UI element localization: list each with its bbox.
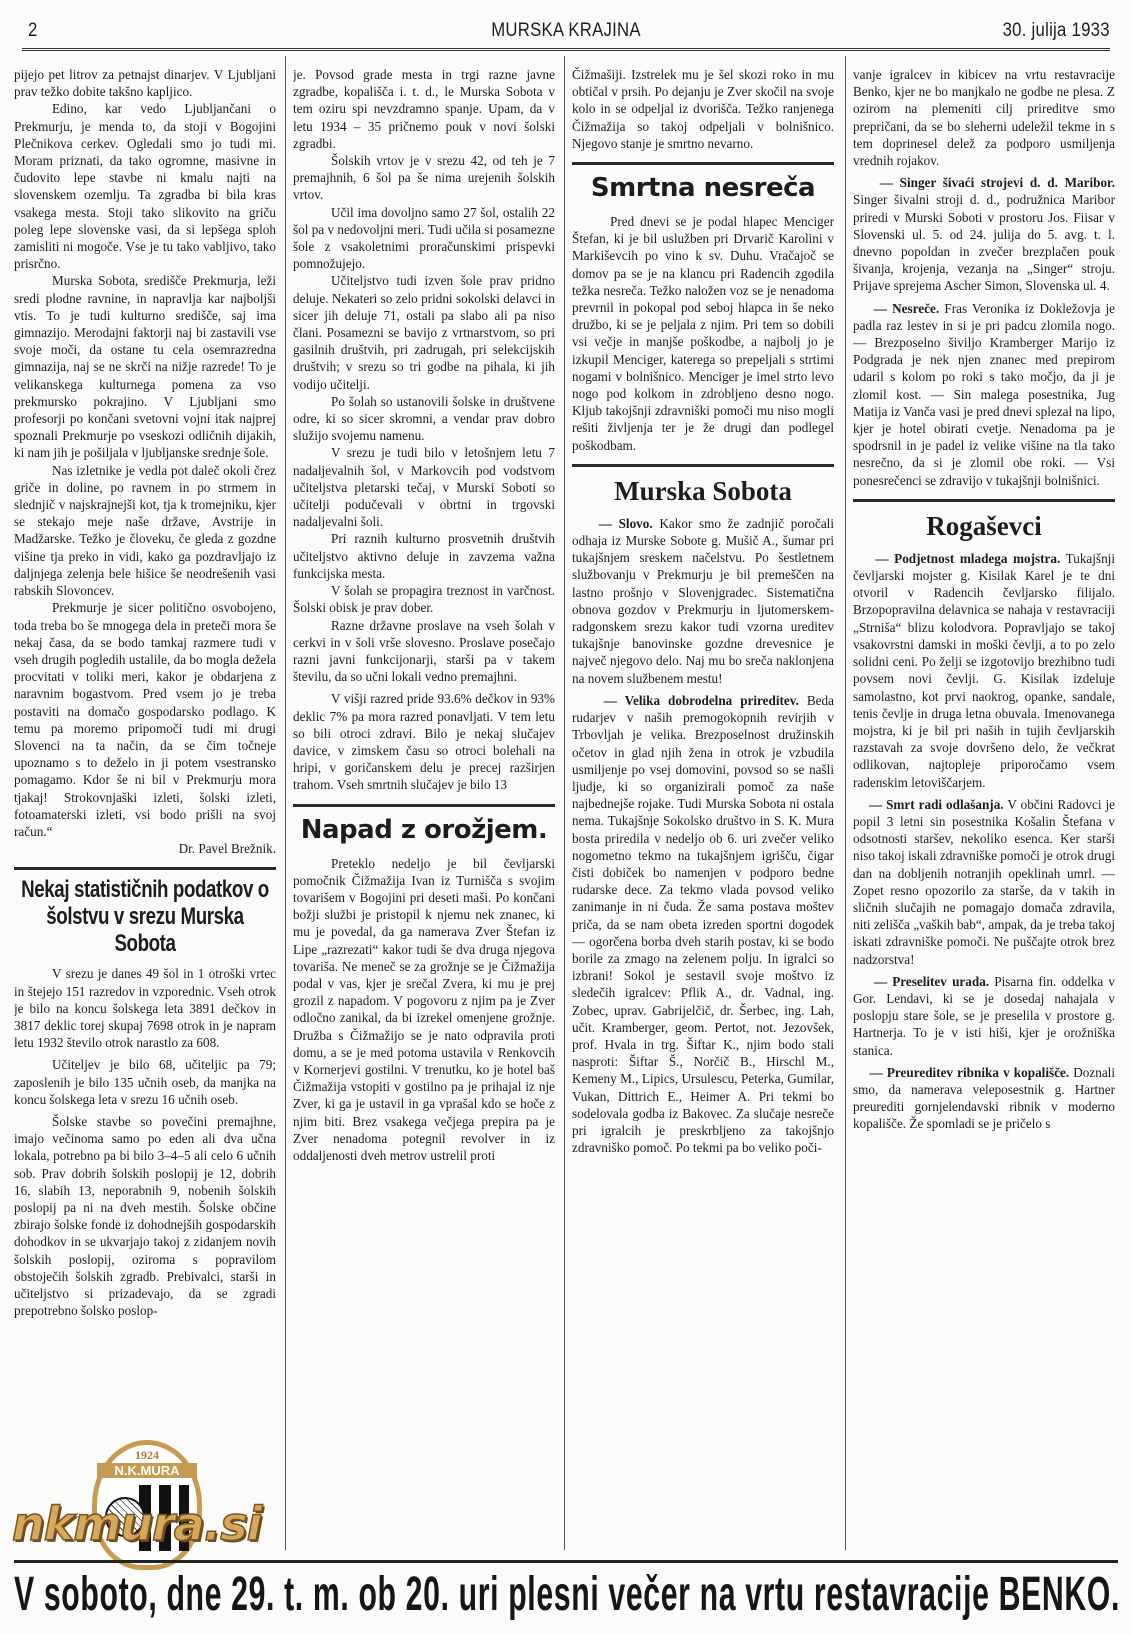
news-item-text: Singer šivalni stroji d. d., podružnica …: [853, 192, 1115, 293]
article-separator: [293, 804, 555, 807]
article-paragraph: Učiteljev je bilo 68, učiteljic pa 79; z…: [14, 1056, 276, 1108]
article-paragraph: V srezu je tudi bilo v letošnjem letu 7 …: [293, 444, 555, 530]
news-item-death-delay: — Smrt radi odlašanja. V občini Radovci …: [853, 796, 1115, 968]
article-paragraph: Šolskih vrtov je v srezu 42, od teh je 7…: [293, 152, 555, 204]
column-2: je. Povsod grade mesta in trgi razne jav…: [293, 66, 555, 1546]
article-paragraph: Po šolah so ustanovili šolske in društve…: [293, 393, 555, 445]
news-item-lead: — Slovo.: [599, 516, 653, 531]
article-separator: [572, 162, 834, 165]
article-paragraph: pijejo pet litrov za petnajst dinarjev. …: [14, 66, 276, 100]
article-paragraph: Učiteljstvo tudi izven šole prav pridno …: [293, 272, 555, 392]
article-paragraph: vanje igralcev in kibicev na vrtu restav…: [853, 66, 1115, 169]
column-divider: [845, 56, 846, 1550]
article-paragraph: Učil ima dovoljno samo 27 šol, ostalih 2…: [293, 204, 555, 273]
article-paragraph: V višji razred pride 93.6% dečkov in 93%…: [293, 690, 555, 793]
article-paragraph: Preteklo nedeljo je bil čevljarski pomoč…: [293, 855, 555, 1165]
news-item-lead: — Singer šivaći strojevi d. d. Maribor.: [880, 175, 1115, 190]
article-paragraph: Prekmurje je sicer politično osvobojeno,…: [14, 599, 276, 840]
news-item-pond-bath: — Preureditev ribnika v kopališče. Dozna…: [853, 1064, 1115, 1133]
headline-armed-attack: Napad z orožjem.: [293, 813, 555, 847]
newspaper-title: MURSKA KRAJINA: [491, 20, 641, 42]
headline-fatal-accident: Smrtna nesreča: [572, 171, 834, 205]
article-paragraph: Nas izletnike je vedla pot daleč okoli č…: [14, 462, 276, 600]
news-item-lead: — Preureditev ribnika v kopališče.: [870, 1065, 1070, 1080]
news-item-text: V občini Radovci je popil 3 letni sin po…: [853, 797, 1115, 967]
page-number: 2: [28, 20, 38, 42]
news-item-text: Kakor smo že zadnjič poročali odhaja iz …: [572, 516, 834, 686]
article-paragraph: je. Povsod grade mesta in trgi razne jav…: [293, 66, 555, 152]
article-separator: [14, 867, 276, 870]
article-separator: [572, 464, 834, 467]
bottom-banner-ad: V soboto, dne 29. t. m. ob 20. uri plesn…: [14, 1560, 1118, 1621]
author-signature: Dr. Pavel Brežnik.: [14, 840, 276, 857]
article-paragraph: Edino, kar vedo Ljubljančani o Prekmurju…: [14, 100, 276, 272]
article-paragraph: Pri raznih kulturno prosvetnih društvih …: [293, 530, 555, 582]
news-item-singer: — Singer šivaći strojevi d. d. Maribor. …: [853, 174, 1115, 294]
article-paragraph: Razne državne proslave na vseh šolah v c…: [293, 617, 555, 686]
article-paragraph: Šolske stavbe so povečini premajhne, ima…: [14, 1113, 276, 1319]
article-paragraph: Čižmašiji. Izstrelek mu je šel skozi rok…: [572, 66, 834, 152]
news-item-lead: — Nesreče.: [874, 301, 939, 316]
column-divider: [564, 56, 565, 1550]
issue-date: 30. julija 1933: [1003, 20, 1110, 42]
news-item-text: Fras Veronika iz Dokležovja je padla raz…: [853, 301, 1115, 488]
column-3: Čižmašiji. Izstrelek mu je šel skozi rok…: [572, 66, 834, 1546]
news-item-text: Tukajšnji čevljarski mojster g. Kisilak …: [853, 551, 1115, 790]
article-paragraph: Murska Sobota, središče Prekmurja, leži …: [14, 272, 276, 461]
news-item-lead: — Preselitev urada.: [874, 974, 989, 989]
news-item-lead: — Velika dobrodelna prireditev.: [604, 693, 799, 708]
news-item-text: Beda rudarjev v naših premogokopnih revi…: [572, 693, 834, 1155]
masthead: 2 MURSKA KRAJINA 30. julija 1933: [22, 18, 1110, 51]
news-item-lead: — Smrt radi odlašanja.: [869, 797, 1004, 812]
article-separator: [853, 499, 1115, 502]
news-item-charity-event: — Velika dobrodelna prireditev. Beda rud…: [572, 692, 834, 1156]
headline-rogasevci: Rogaševci: [853, 508, 1115, 544]
article-paragraph: V srezu je danes 49 šol in 1 otroški vrt…: [14, 965, 276, 1051]
headline-school-statistics: Nekaj statističnih podatkov o šolstvu v …: [16, 876, 273, 957]
column-1: pijejo pet litrov za petnajst dinarjev. …: [14, 66, 276, 1546]
news-item-farewell: — Slovo. Kakor smo že zadnjič poročali o…: [572, 515, 834, 687]
banner-text: V soboto, dne 29. t. m. ob 20. uri plesn…: [14, 1569, 710, 1621]
news-item-lead: — Podjetnost mladega mojstra.: [875, 551, 1060, 566]
article-paragraph: V šolah se propagira treznost in varčnos…: [293, 582, 555, 616]
news-item-accidents: — Nesreče. Fras Veronika iz Dokležovja j…: [853, 300, 1115, 489]
news-item-office-relocation: — Preselitev urada. Pisarna fin. oddelka…: [853, 973, 1115, 1059]
article-paragraph: Pred dnevi se je podal hlapec Menciger Š…: [572, 213, 834, 454]
column-4: vanje igralcev in kibicev na vrtu restav…: [853, 66, 1115, 1546]
headline-murska-sobota: Murska Sobota: [572, 473, 834, 509]
news-item-shoemaker: — Podjetnost mladega mojstra. Tukajšnji …: [853, 550, 1115, 791]
column-divider: [285, 56, 286, 1550]
